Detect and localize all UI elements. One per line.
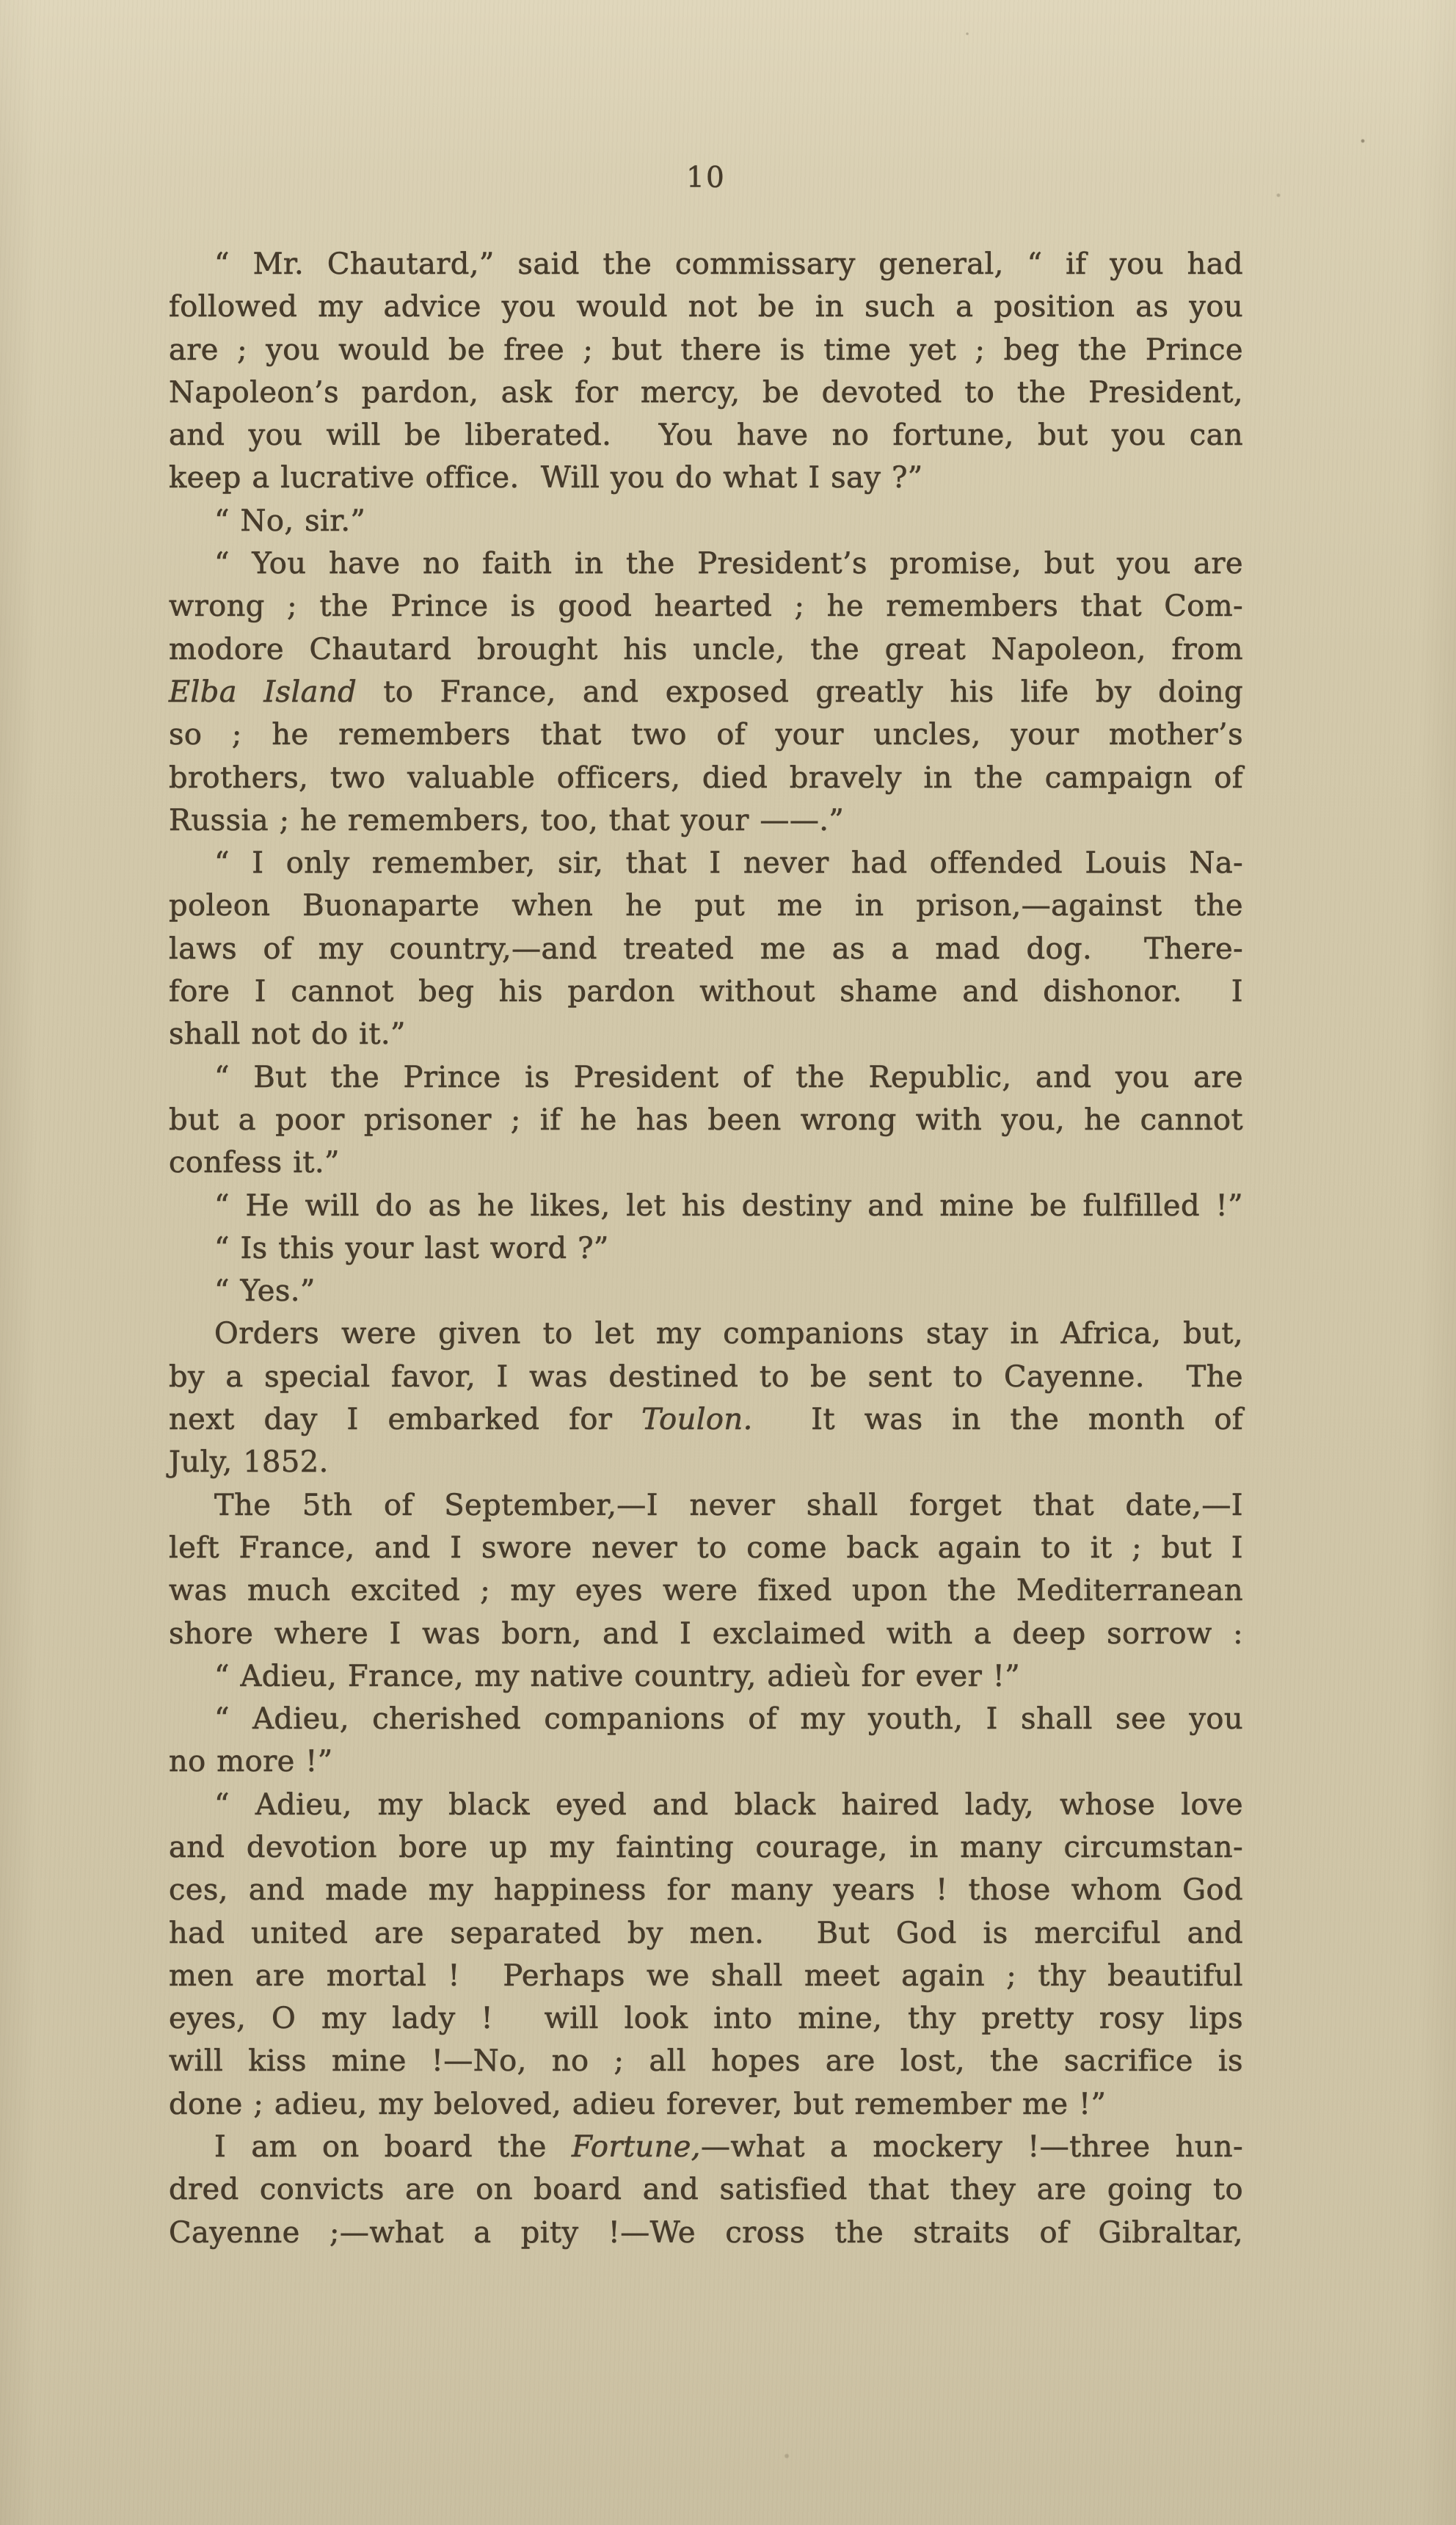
text-line: next day I embarked for Toulon. It was i… [169,1398,1243,1441]
text-segment: no more !” [169,1745,333,1779]
text-line: eyes, O my lady ! will look into mine, t… [169,1997,1243,2040]
text-line: will kiss mine !—No, no ; all hopes are … [169,2040,1243,2082]
text-segment: done ; adieu, my beloved, adieu forever,… [169,2088,1106,2121]
italic-text-segment: Elba Island [169,675,357,709]
text-segment: modore Chautard brought his uncle, the g… [169,633,1243,666]
text-segment: —what a mockery !—three hun- [701,2130,1243,2164]
text-segment: brothers, two valuable officers, died br… [169,761,1243,795]
text-segment: and devotion bore up my fainting courage… [169,1831,1243,1864]
text-line: “ Is this your last word ?” [169,1227,1243,1270]
text-line: Orders were given to let my companions s… [169,1312,1243,1355]
text-segment: “ Mr. Chautard,” said the commissary gen… [214,247,1243,281]
text-segment: dred convicts are on board and satisfied… [169,2173,1243,2206]
text-segment: next day I embarked for [169,1403,641,1436]
text-segment: laws of my country,—and treated me as a … [169,932,1243,966]
text-segment: “ No, sir.” [214,504,365,538]
text-segment: “ Adieu, France, my native country, adie… [214,1660,1020,1693]
text-line: poleon Buonaparte when he put me in pris… [169,884,1243,927]
text-segment: followed my advice you would not be in s… [169,290,1243,324]
text-segment: Russia ; he remembers, too, that your ——… [169,804,844,838]
text-line: “ He will do as he likes, let his destin… [169,1185,1243,1227]
text-segment: I am on board the [214,2130,572,2164]
text-segment: “ But the Prince is President of the Rep… [214,1061,1243,1094]
text-line: “ No, sir.” [169,500,1243,542]
text-line: confess it.” [169,1141,1243,1184]
text-segment: “ Yes.” [214,1274,316,1308]
text-segment: shore where I was born, and I exclaimed … [169,1617,1243,1651]
text-line: “ Yes.” [169,1270,1243,1312]
text-segment: and you will be liberated. You have no f… [169,418,1243,452]
text-segment: men are mortal ! Perhaps we shall meet a… [169,1959,1243,1993]
text-segment: was much excited ; my eyes were fixed up… [169,1574,1243,1607]
text-segment: “ I only remember, sir, that I never had… [214,846,1243,880]
text-segment: Napoleon’s pardon, ask for mercy, be dev… [169,376,1243,410]
text-line: “ Adieu, France, my native country, adie… [169,1655,1243,1698]
text-line: Elba Island to France, and exposed great… [169,671,1243,713]
text-line: fore I cannot beg his pardon without sha… [169,970,1243,1013]
text-segment: It was in the month of [753,1403,1243,1436]
text-line: I am on board the Fortune,—what a mocker… [169,2126,1243,2168]
text-line: so ; he remembers that two of your uncle… [169,713,1243,756]
text-line: “ Adieu, my black eyed and black haired … [169,1784,1243,1826]
text-line: Napoleon’s pardon, ask for mercy, be dev… [169,371,1243,414]
text-segment: will kiss mine !—No, no ; all hopes are … [169,2044,1243,2078]
text-line: men are mortal ! Perhaps we shall meet a… [169,1955,1243,1997]
text-segment: shall not do it.” [169,1017,406,1051]
page-number: 10 [169,161,1243,196]
text-segment: wrong ; the Prince is good hearted ; he … [169,589,1243,623]
text-segment: had united are separated by men. But God… [169,1917,1243,1950]
text-line: had united are separated by men. But God… [169,1912,1243,1955]
text-line: modore Chautard brought his uncle, the g… [169,628,1243,671]
text-line: Russia ; he remembers, too, that your ——… [169,799,1243,842]
text-line: “ I only remember, sir, that I never had… [169,842,1243,884]
text-line: Cayenne ;—what a pity !—We cross the str… [169,2212,1243,2254]
text-segment: to France, and exposed greatly his life … [357,675,1243,709]
text-line: but a poor prisoner ; if he has been wro… [169,1099,1243,1141]
text-line: “ Mr. Chautard,” said the commissary gen… [169,243,1243,286]
text-segment: July, 1852. [169,1445,329,1479]
text-segment: but a poor prisoner ; if he has been wro… [169,1103,1243,1137]
text-segment: fore I cannot beg his pardon without sha… [169,975,1243,1009]
text-segment: confess it.” [169,1146,340,1180]
text-line: dred convicts are on board and satisfied… [169,2168,1243,2211]
text-line: left France, and I swore never to come b… [169,1527,1243,1569]
text-segment: keep a lucrative office. Will you do wha… [169,461,923,495]
text-line: no more !” [169,1740,1243,1783]
scanned-book-page: { "page": { "number": "10", "paper_color… [0,0,1456,2525]
text-line: “ But the Prince is President of the Rep… [169,1056,1243,1099]
text-line: by a special favor, I was destined to be… [169,1356,1243,1398]
text-segment: “ Adieu, cherished companions of my yout… [214,1702,1243,1736]
text-line: done ; adieu, my beloved, adieu forever,… [169,2083,1243,2126]
text-line: ces, and made my happiness for many year… [169,1869,1243,1911]
text-segment: “ Is this your last word ?” [214,1232,609,1265]
italic-text-segment: Toulon. [641,1403,753,1436]
text-line: laws of my country,—and treated me as a … [169,928,1243,970]
text-line: shore where I was born, and I exclaimed … [169,1613,1243,1655]
text-segment: eyes, O my lady ! will look into mine, t… [169,2002,1243,2035]
text-segment: Cayenne ;—what a pity !—We cross the str… [169,2216,1243,2250]
text-line: wrong ; the Prince is good hearted ; he … [169,585,1243,628]
text-segment: are ; you would be free ; but there is t… [169,333,1243,367]
text-segment: by a special favor, I was destined to be… [169,1360,1243,1394]
text-segment: Orders were given to let my companions s… [214,1317,1243,1351]
text-block: “ Mr. Chautard,” said the commissary gen… [169,243,1243,2254]
text-line: are ; you would be free ; but there is t… [169,329,1243,371]
text-segment: “ Adieu, my black eyed and black haired … [214,1788,1243,1822]
text-line: July, 1852. [169,1441,1243,1483]
text-line: brothers, two valuable officers, died br… [169,757,1243,799]
text-segment: so ; he remembers that two of your uncle… [169,718,1243,752]
text-segment: “ He will do as he likes, let his destin… [214,1189,1243,1223]
text-line: and devotion bore up my fainting courage… [169,1826,1243,1869]
text-line: shall not do it.” [169,1013,1243,1056]
text-line: and you will be liberated. You have no f… [169,414,1243,457]
text-line: “ You have no faith in the President’s p… [169,542,1243,585]
text-segment: poleon Buonaparte when he put me in pris… [169,889,1243,923]
text-line: “ Adieu, cherished companions of my yout… [169,1698,1243,1740]
text-line: was much excited ; my eyes were fixed up… [169,1569,1243,1612]
text-line: followed my advice you would not be in s… [169,286,1243,328]
italic-text-segment: Fortune, [572,2130,701,2164]
text-segment: “ You have no faith in the President’s p… [214,547,1243,581]
text-segment: The 5th of September,—I never shall forg… [214,1489,1243,1522]
text-segment: left France, and I swore never to come b… [169,1531,1243,1565]
text-segment: ces, and made my happiness for many year… [169,1873,1243,1907]
text-line: keep a lucrative office. Will you do wha… [169,457,1243,499]
text-line: The 5th of September,—I never shall forg… [169,1484,1243,1527]
